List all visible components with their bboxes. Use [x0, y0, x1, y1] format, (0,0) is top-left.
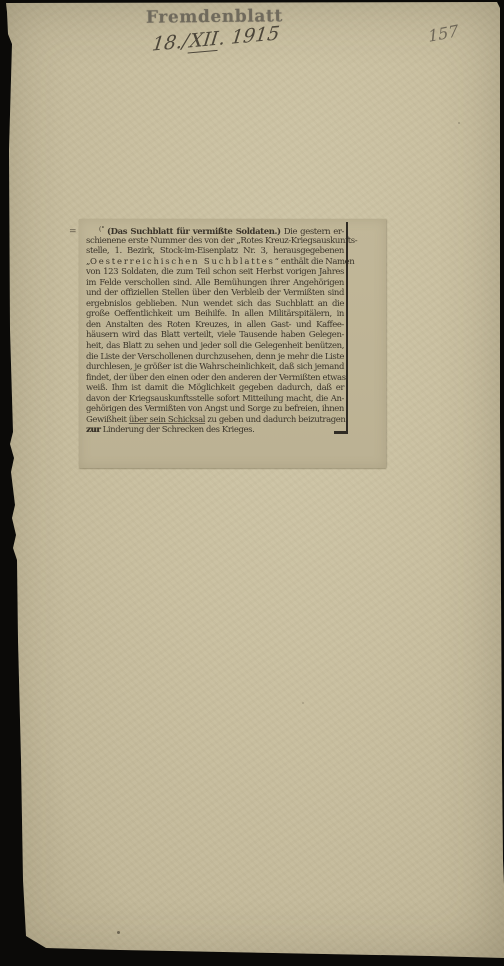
clipping-line-segment: stelle, 1. Bezirk, Stock-im-Eisenplatz N…	[86, 246, 344, 256]
clipping-line-segment: Linderung der Schrecken des Krieges.	[100, 425, 254, 435]
clipping-line-segment: findet, der über den einen oder den ande…	[86, 373, 346, 383]
clipping-line: durchlesen, je größer ist die Wahrschein…	[86, 362, 344, 373]
clipping-line: und der offiziellen Stellen über den Ver…	[86, 288, 344, 299]
clipping-line: (° (Das Suchblatt für vermißte Soldaten.…	[86, 225, 344, 236]
clipping-line-segment: große Oeffentlichkeit um Beihilfe. In al…	[86, 309, 344, 319]
clipping-line-segment: davon der Kriegsauskunftsstelle sofort M…	[86, 394, 344, 404]
clipping-line-segment: zu geben und dadurch beizutragen	[205, 415, 345, 425]
column-rule	[346, 222, 348, 433]
clipping-line: den Anstalten des Roten Kreuzes, in alle…	[86, 320, 344, 331]
clipping-line: häusern wird das Blatt verteilt, viele T…	[86, 330, 344, 341]
paper-sheet: Fremdenblatt 18./XII. 1915 157 = (° (Das…	[0, 0, 504, 966]
clipping-line-segment: gehörigen des Vermißten von Angst und So…	[86, 404, 344, 414]
clipping-line-segment: Gewißheit	[86, 415, 129, 425]
clipping-text: (° (Das Suchblatt für vermißte Soldaten.…	[86, 225, 344, 436]
date-year: 1915	[224, 22, 281, 49]
clipping-line: die Liste der Verschollenen durchzusehen…	[86, 352, 344, 363]
paper-speck	[302, 702, 304, 704]
clipping-line-segment: durchlesen, je größer ist die Wahrschein…	[86, 362, 344, 372]
clipping-line: gehörigen des Vermißten von Angst und So…	[86, 404, 344, 415]
clipping-line: zur Linderung der Schrecken des Krieges.	[86, 425, 344, 436]
clipping-line-segment: Oesterreichischen Suchblattes	[90, 257, 275, 267]
clipping-line-segment: ergebnislos geblieben. Nun wendet sich d…	[86, 299, 344, 309]
clipping-line-segment: heit, das Blatt zu sehen und jeder soll …	[86, 341, 344, 351]
clipping-line: stelle, 1. Bezirk, Stock-im-Eisenplatz N…	[86, 246, 344, 257]
clipping-line-segment: über sein Schicksal	[129, 415, 205, 425]
folio-number: 157	[427, 21, 459, 46]
clipping-line: im Felde verschollen sind. Alle Bemühung…	[86, 278, 344, 289]
newspaper-clipping: = (° (Das Suchblatt für vermißte Soldate…	[79, 219, 386, 468]
clipping-line: weiß. Ihm ist damit die Möglichkeit gege…	[86, 383, 344, 394]
clipping-line: davon der Kriegsauskunftsstelle sofort M…	[86, 394, 344, 405]
clipping-line-segment: die Liste der Verschollenen durchzusehen…	[86, 352, 344, 362]
clipping-line: findet, der über den einen oder den ande…	[86, 373, 344, 384]
clipping-line-segment: (°	[99, 226, 107, 233]
paper-speck	[117, 931, 120, 934]
clipping-line: schienene erste Nummer des von der „Rote…	[86, 236, 344, 247]
clipping-line-segment: schienene erste Nummer des von der „Rote…	[86, 236, 357, 246]
date-day: 18./	[151, 30, 190, 56]
date-month-roman: XII	[187, 28, 220, 54]
clipping-line: von 123 Soldaten, die zum Teil schon sei…	[86, 267, 344, 278]
clipping-edge-mark: =	[69, 227, 76, 237]
clipping-line-segment: den Anstalten des Roten Kreuzes, in alle…	[86, 320, 344, 330]
clipping-line-segment: im Felde verschollen sind. Alle Bemühung…	[86, 278, 344, 288]
clipping-line: heit, das Blatt zu sehen und jeder soll …	[86, 341, 344, 352]
paper-speck	[458, 122, 460, 124]
clipping-line: Gewißheit über sein Schicksal zu geben u…	[86, 415, 344, 426]
column-rule-foot	[334, 431, 348, 434]
clipping-line: ergebnislos geblieben. Nun wendet sich d…	[86, 299, 344, 310]
clipping-line-segment: häusern wird das Blatt verteilt, viele T…	[86, 330, 344, 340]
clipping-line: „Oesterreichischen Suchblattes“ enthält …	[86, 257, 344, 268]
clipping-line-segment: weiß. Ihm ist damit die Möglichkeit gege…	[86, 383, 344, 393]
clipping-line-segment: zur	[86, 425, 100, 435]
clipping-line: große Oeffentlichkeit um Beihilfe. In al…	[86, 309, 344, 320]
clipping-line-segment: “ enthält die Namen	[275, 257, 355, 267]
archive-scan-page: { "page": { "paper_color": "#c8be9f", "i…	[0, 0, 504, 966]
clipping-line-segment: und der offiziellen Stellen über den Ver…	[86, 288, 344, 298]
clipping-line-segment: von 123 Soldaten, die zum Teil schon sei…	[86, 267, 344, 277]
